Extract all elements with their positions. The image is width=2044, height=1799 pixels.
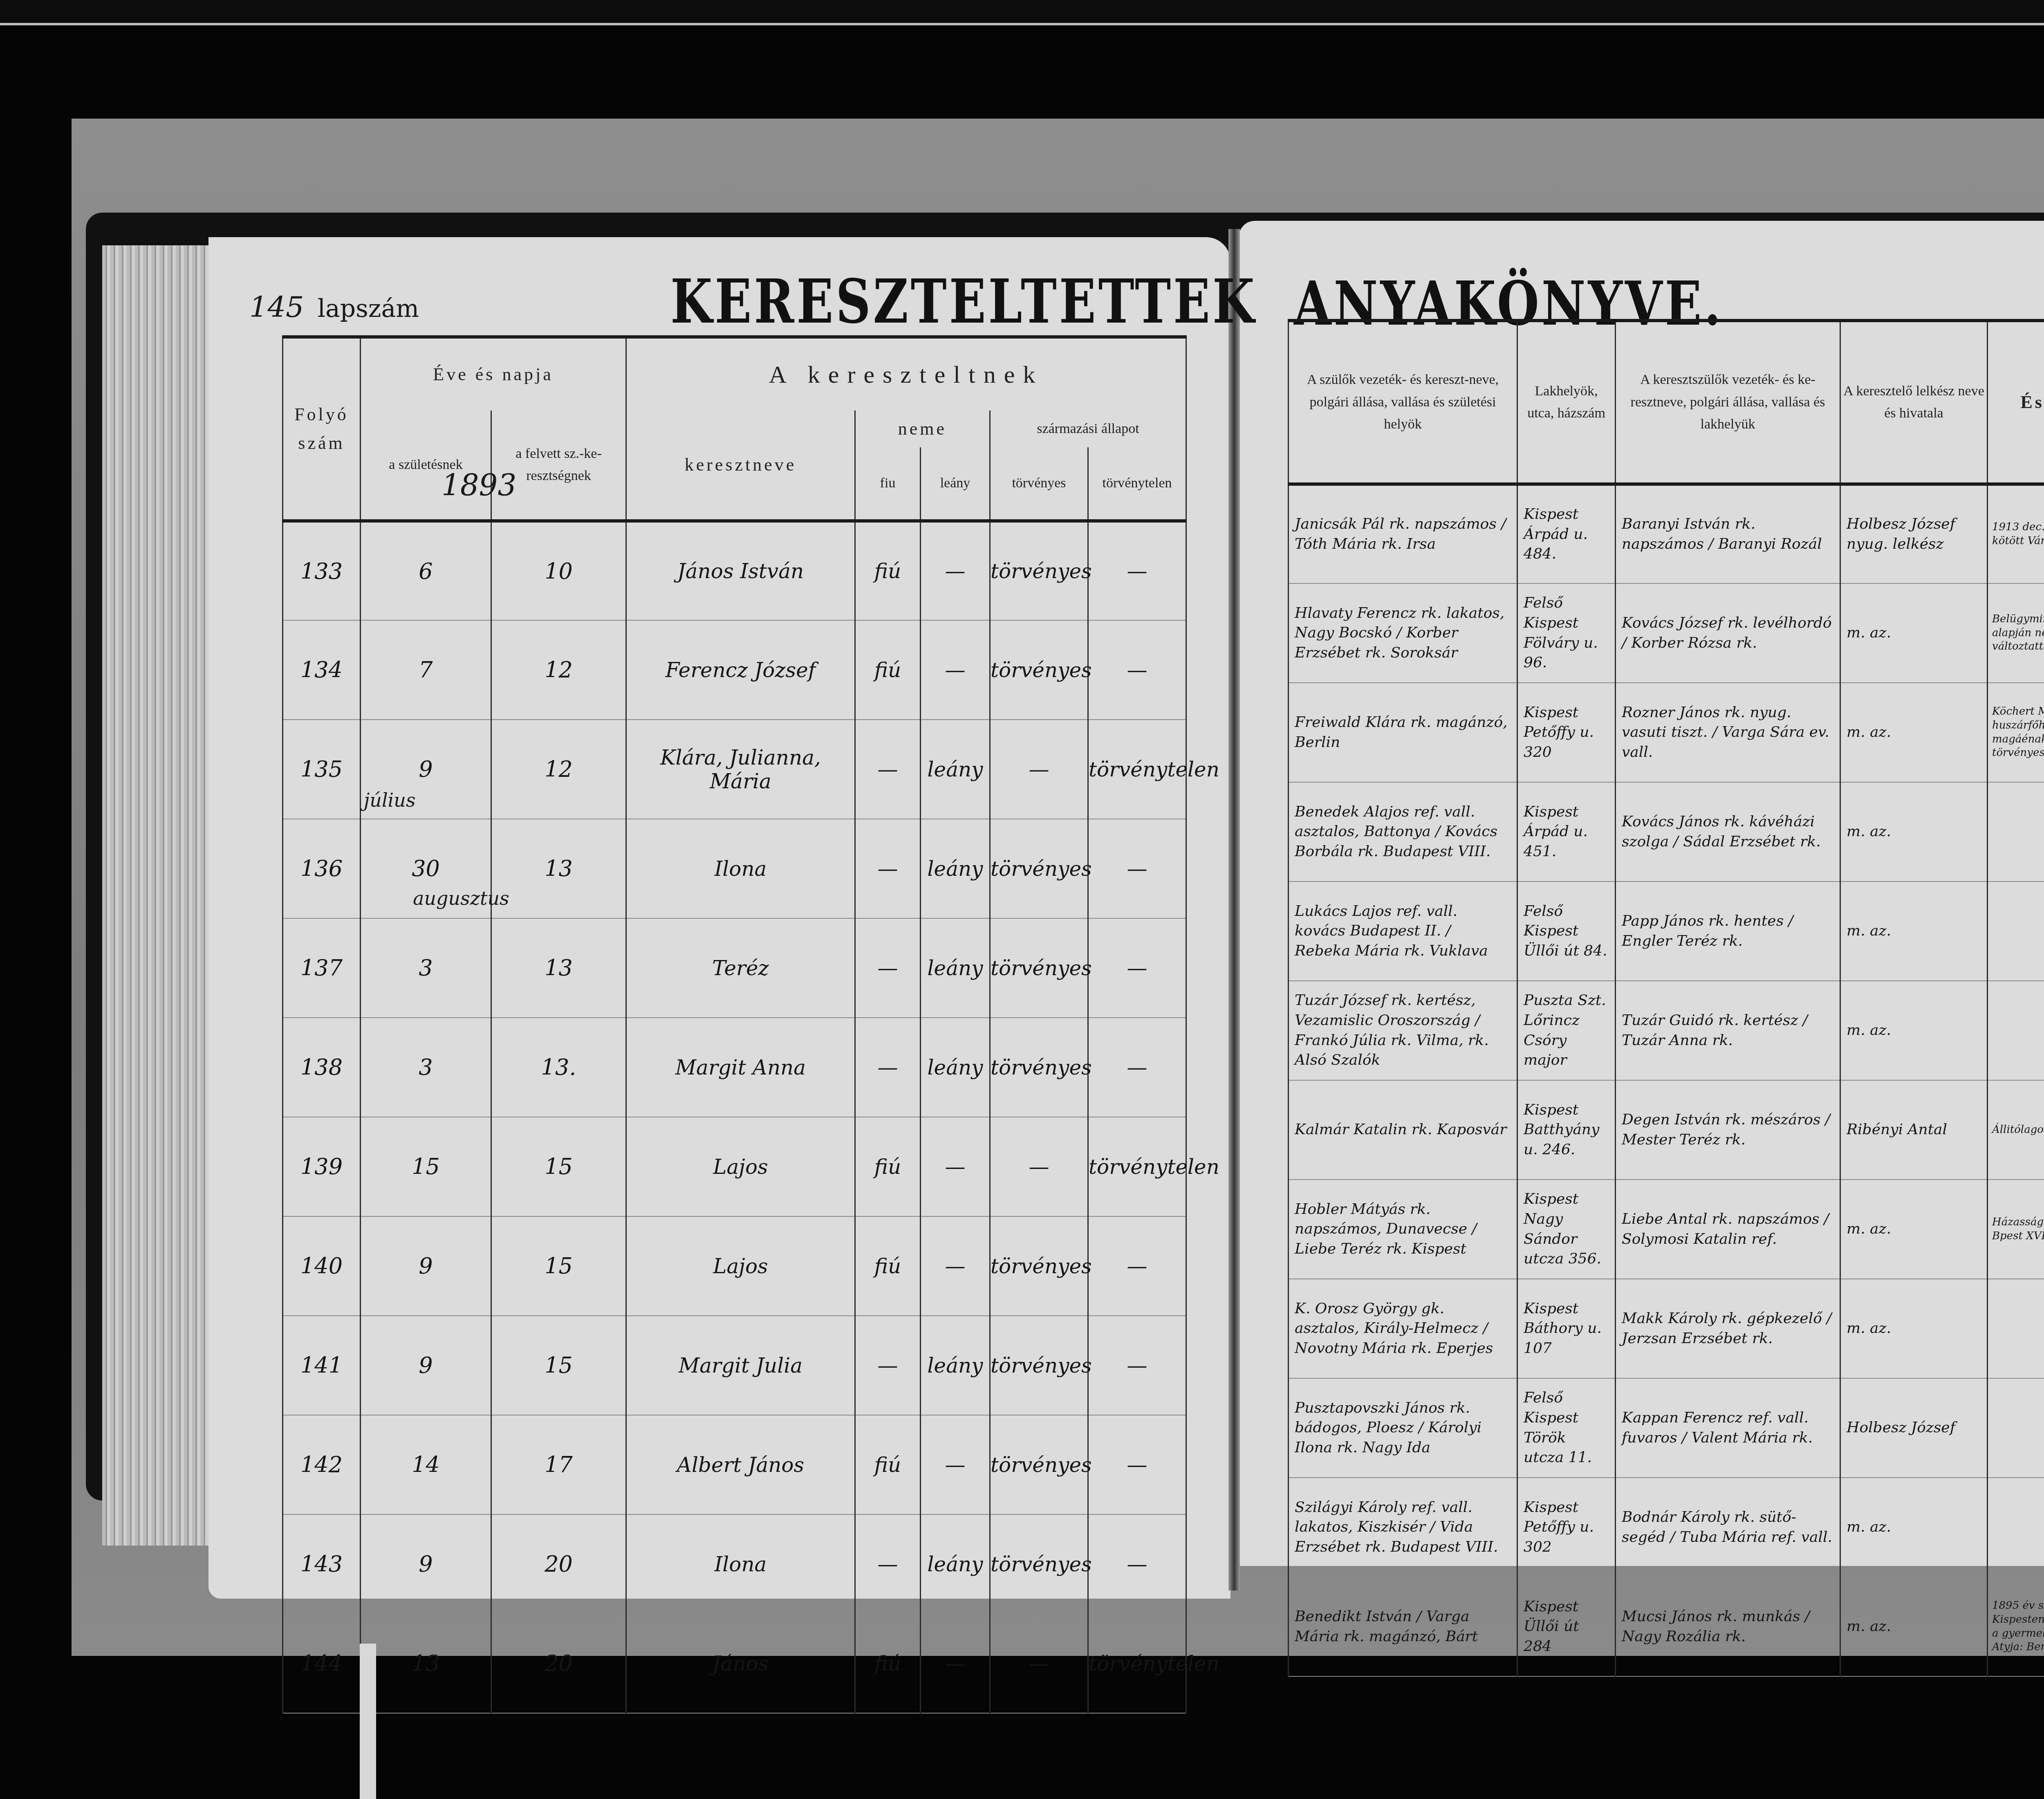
legitimate: törvényes <box>990 1018 1088 1117</box>
sex-girl: — <box>921 1415 990 1514</box>
priest: m. az. <box>1840 583 1988 683</box>
given-name: Margit Julia <box>626 1316 855 1415</box>
book-gutter <box>1228 229 1240 1590</box>
birth-day: 9 <box>361 1514 491 1614</box>
legitimate: — <box>990 1117 1088 1216</box>
baptism-day: 12 <box>491 720 626 819</box>
godparents: Baranyi István rk. napszámos / Baranyi R… <box>1616 484 1840 583</box>
birth-day: 14 <box>361 1415 491 1514</box>
given-name: Lajos <box>626 1216 855 1316</box>
scan-top-strip <box>0 0 2044 25</box>
parents: Pusztapovszki János rk. bádogos, Ploesz … <box>1289 1378 1517 1478</box>
entry-number: 139 <box>283 1117 361 1216</box>
birth-day: 7 <box>361 620 491 720</box>
month-annotation-augusztus: augusztus <box>413 887 509 909</box>
register-row: 137313Teréz—leánytörvényes— <box>283 918 1186 1018</box>
priest: m. az. <box>1840 683 1988 782</box>
baptism-register-right-table: A szülők vezeték- és kereszt-neve, polgá… <box>1288 319 2044 1677</box>
entry-number: 141 <box>283 1316 361 1415</box>
sex-boy: fiú <box>855 620 921 720</box>
legitimate: törvényes <box>990 819 1088 918</box>
illegitimate: — <box>1088 819 1186 918</box>
priest: Holbesz József nyug. lelkész <box>1840 484 1988 583</box>
priest: m. az. <box>1840 782 1988 882</box>
baptism-day: 20 <box>491 1614 626 1713</box>
header-szulok: A szülők vezeték- és kereszt-neve, polgá… <box>1289 321 1517 484</box>
legitimate: — <box>990 720 1088 819</box>
sex-boy: fiú <box>855 1216 921 1316</box>
residence: Kispest Petőffy u. 302 <box>1517 1478 1616 1577</box>
register-row: K. Orosz György gk. asztalos, Király-Hel… <box>1289 1279 2044 1378</box>
entry-number: 138 <box>283 1018 361 1117</box>
remarks <box>1988 882 2044 981</box>
entry-number: 142 <box>283 1415 361 1514</box>
priest: Holbesz József <box>1840 1378 1988 1478</box>
birth-day: 3 <box>361 918 491 1018</box>
residence: Kispest Nagy Sándor utcza 356. <box>1517 1180 1616 1279</box>
remarks: Állitólagos atyja Koszta Adorján <box>1988 1080 2044 1180</box>
priest: m. az. <box>1840 1180 1988 1279</box>
header-torvenytelen: törvénytelen <box>1088 447 1186 521</box>
register-row: 143920Ilona—leánytörvényes— <box>283 1514 1186 1614</box>
parents: Janicsák Pál rk. napszámos / Tóth Mária … <box>1289 484 1517 583</box>
register-row: Janicsák Pál rk. napszámos / Tóth Mária … <box>1289 484 2044 583</box>
register-row: Szilágyi Károly ref. vall. lakatos, Kisz… <box>1289 1478 2044 1577</box>
baptism-day: 13 <box>491 819 626 918</box>
godparents: Mucsi János rk. munkás / Nagy Rozália rk… <box>1616 1577 1840 1676</box>
sex-girl: — <box>921 521 990 620</box>
legitimate: törvényes <box>990 521 1088 620</box>
illegitimate: — <box>1088 620 1186 720</box>
baptism-day: 17 <box>491 1415 626 1514</box>
register-row: Hobler Mátyás rk. napszámos, Dunavecse /… <box>1289 1180 2044 1279</box>
header-eszrevetelek: Észrevételek <box>1988 321 2044 484</box>
residence: Kispest Batthyány u. 246. <box>1517 1080 1616 1180</box>
entry-number: 134 <box>283 620 361 720</box>
residence: Felső Kispest Üllői út 84. <box>1517 882 1616 981</box>
godparents: Tuzár Guidó rk. kertész / Tuzár Anna rk. <box>1616 981 1840 1080</box>
sex-boy: fiú <box>855 1614 921 1713</box>
header-torvenyes: törvényes <box>990 447 1088 521</box>
header-kereszteló-lelkesz: A keresztelő lelkész neve és hivatala <box>1840 321 1988 484</box>
godparents: Makk Károly rk. gépkezelő / Jerzsan Erzs… <box>1616 1279 1840 1378</box>
baptism-day: 20 <box>491 1514 626 1614</box>
remarks <box>1988 782 2044 882</box>
given-name: Ilona <box>626 1514 855 1614</box>
residence: Kispest Petőffy u. 320 <box>1517 683 1616 782</box>
illegitimate: — <box>1088 1216 1186 1316</box>
remarks: Belügyminiszter engedélye alapján nevét … <box>1988 583 2044 683</box>
register-row: Hlavaty Ferencz rk. lakatos, Nagy Bocskó… <box>1289 583 2044 683</box>
entry-number: 140 <box>283 1216 361 1316</box>
residence: Kispest Üllői út 284 <box>1517 1577 1616 1676</box>
baptism-day: 15 <box>491 1216 626 1316</box>
paper-slip <box>360 1644 376 1799</box>
sex-girl: leány <box>921 819 990 918</box>
illegitimate: — <box>1088 1018 1186 1117</box>
header-neme: neme <box>855 410 990 447</box>
legitimate: törvényes <box>990 918 1088 1018</box>
remarks <box>1988 1279 2044 1378</box>
entry-number: 135 <box>283 720 361 819</box>
register-row: 1391515Lajosfiú——törvénytelen <box>283 1117 1186 1216</box>
register-row: Benedikt István / Varga Mária rk. magánz… <box>1289 1577 2044 1676</box>
residence: Puszta Szt. Lőrincz Csóry major <box>1517 981 1616 1080</box>
header-keresztszulok: A keresztszülők vezeték- és ke-resztneve… <box>1616 321 1840 484</box>
priest: m. az. <box>1840 1577 1988 1676</box>
birth-day: 6 <box>361 521 491 620</box>
illegitimate: törvénytelen <box>1088 1117 1186 1216</box>
legitimate: törvényes <box>990 1415 1088 1514</box>
birth-day: 9 <box>361 1216 491 1316</box>
remarks: 1895 év szeptember hó 29-én Kispesten kö… <box>1988 1577 2044 1676</box>
parents: Szilágyi Károly ref. vall. lakatos, Kisz… <box>1289 1478 1517 1577</box>
godparents: Bodnár Károly rk. sütő-segéd / Tuba Mári… <box>1616 1478 1840 1577</box>
header-eve-es-napja: Éve és napja <box>361 337 626 410</box>
given-name: János István <box>626 521 855 620</box>
parents: Hobler Mátyás rk. napszámos, Dunavecse /… <box>1289 1180 1517 1279</box>
sex-girl: — <box>921 1216 990 1316</box>
parents: Benedek Alajos ref. vall. asztalos, Batt… <box>1289 782 1517 882</box>
priest: Ribényi Antal <box>1840 1080 1988 1180</box>
parents: Lukács Lajos ref. vall. kovács Budapest … <box>1289 882 1517 981</box>
baptism-day: 10 <box>491 521 626 620</box>
page-edges-left <box>102 245 208 1546</box>
header-lakhelyok: Lakhelyök, utca, házszám <box>1517 321 1616 484</box>
residence: Felső Kispest Török utcza 11. <box>1517 1378 1616 1478</box>
remarks <box>1988 1378 2044 1478</box>
priest: m. az. <box>1840 981 1988 1080</box>
sex-girl: — <box>921 1117 990 1216</box>
register-row: Kalmár Katalin rk. KaposvárKispest Batth… <box>1289 1080 2044 1180</box>
register-row: 135912Klára, Julianna, Mária—leány—törvé… <box>283 720 1186 819</box>
birth-day: 3 <box>361 1018 491 1117</box>
godparents: Liebe Antal rk. napszámos / Solymosi Kat… <box>1616 1180 1840 1279</box>
given-name: Lajos <box>626 1117 855 1216</box>
residence: Kispest Báthory u. 107 <box>1517 1279 1616 1378</box>
priest: m. az. <box>1840 882 1988 981</box>
priest: m. az. <box>1840 1279 1988 1378</box>
residence: Kispest Árpád u. 451. <box>1517 782 1616 882</box>
sex-boy: — <box>855 1514 921 1614</box>
entry-number: 143 <box>283 1514 361 1614</box>
parents: Freiwald Klára rk. magánzó, Berlin <box>1289 683 1517 782</box>
residence: Kispest Árpád u. 484. <box>1517 484 1616 583</box>
godparents: Papp János rk. hentes / Engler Teréz rk. <box>1616 882 1840 981</box>
parents: Tuzár József rk. kertész, Vezamislic Oro… <box>1289 981 1517 1080</box>
sex-girl: leány <box>921 918 990 1018</box>
given-name: Ilona <box>626 819 855 918</box>
remarks: Házasságot kötött 1960. dec. 8. Bpest XV… <box>1988 1180 2044 1279</box>
baptism-day: 13. <box>491 1018 626 1117</box>
illegitimate: — <box>1088 1415 1186 1514</box>
baptism-day: 15 <box>491 1117 626 1216</box>
header-szarmazasi-allapot: származási állapot <box>990 410 1186 447</box>
priest: m. az. <box>1840 1478 1988 1577</box>
baptism-day: 13 <box>491 918 626 1018</box>
year-annotation: 1893 <box>442 468 516 502</box>
sex-boy: fiú <box>855 1117 921 1216</box>
sex-boy: — <box>855 1018 921 1117</box>
godparents: Rozner János rk. nyug. vasuti tiszt. / V… <box>1616 683 1840 782</box>
header-a-felvett-szentsegnek: a felvett sz.-ke-resztségnek <box>491 410 626 521</box>
register-row: Lukács Lajos ref. vall. kovács Budapest … <box>1289 882 2044 981</box>
sex-boy: — <box>855 918 921 1018</box>
entry-number: 136 <box>283 819 361 918</box>
sex-boy: fiú <box>855 521 921 620</box>
register-row: Pusztapovszki János rk. bádogos, Ploesz … <box>1289 1378 2044 1478</box>
header-fiu: fiu <box>855 447 921 521</box>
remarks: Köchert Miksa rk. huszárfőhadnagy a gyer… <box>1988 683 2044 782</box>
sex-girl: — <box>921 620 990 720</box>
illegitimate: — <box>1088 521 1186 620</box>
remarks <box>1988 1478 2044 1577</box>
parents: Kalmár Katalin rk. Kaposvár <box>1289 1080 1517 1180</box>
entry-number: 137 <box>283 918 361 1018</box>
birth-day: 13 <box>361 1614 491 1713</box>
baptism-day: 15 <box>491 1316 626 1415</box>
given-name: János <box>626 1614 855 1713</box>
remarks <box>1988 981 2044 1080</box>
illegitimate: törvénytelen <box>1088 1614 1186 1713</box>
baptism-day: 12 <box>491 620 626 720</box>
header-a-szuletesnek: a születésnek <box>361 410 491 521</box>
sex-boy: — <box>855 1316 921 1415</box>
illegitimate: — <box>1088 1514 1186 1614</box>
register-row: 140915Lajosfiú—törvényes— <box>283 1216 1186 1316</box>
sex-boy: — <box>855 819 921 918</box>
register-row: Benedek Alajos ref. vall. asztalos, Batt… <box>1289 782 2044 882</box>
legitimate: — <box>990 1614 1088 1713</box>
legitimate: törvényes <box>990 1316 1088 1415</box>
sex-girl: leány <box>921 1018 990 1117</box>
header-leany: leány <box>921 447 990 521</box>
register-row: Freiwald Klára rk. magánzó, BerlinKispes… <box>1289 683 2044 782</box>
register-row: Tuzár József rk. kertész, Vezamislic Oro… <box>1289 981 2044 1080</box>
sex-boy: fiú <box>855 1415 921 1514</box>
entry-number: 133 <box>283 521 361 620</box>
entry-number: 144 <box>283 1614 361 1713</box>
legitimate: törvényes <box>990 1514 1088 1614</box>
birth-day: 9 <box>361 1316 491 1415</box>
given-name: Ferencz József <box>626 620 855 720</box>
godparents: Degen István rk. mészáros / Mester Teréz… <box>1616 1080 1840 1180</box>
given-name: Teréz <box>626 918 855 1018</box>
given-name: Albert János <box>626 1415 855 1514</box>
sex-girl: — <box>921 1614 990 1713</box>
sex-boy: — <box>855 720 921 819</box>
register-row: 1441320Jánosfiú——törvénytelen <box>283 1614 1186 1713</box>
sex-girl: leány <box>921 1514 990 1614</box>
remarks: 1913 dec. 24-én házasságot kötött Váradi… <box>1988 484 2044 583</box>
register-row: 134712Ferencz Józseffiú—törvényes— <box>283 620 1186 720</box>
illegitimate: törvénytelen <box>1088 720 1186 819</box>
header-keresztneve: keresztneve <box>626 410 855 521</box>
register-row: 138313.Margit Anna—leánytörvényes— <box>283 1018 1186 1117</box>
month-annotation-julius: július <box>364 789 416 811</box>
legitimate: törvényes <box>990 1216 1088 1316</box>
residence: Felső Kispest Fölváry u. 96. <box>1517 583 1616 683</box>
header-folyo-szam: Folyó szám <box>283 337 361 521</box>
given-name: Margit Anna <box>626 1018 855 1117</box>
register-row: 141915Margit Julia—leánytörvényes— <box>283 1316 1186 1415</box>
sex-girl: leány <box>921 1316 990 1415</box>
baptism-register-left-table: Folyó szám Éve és napja A kereszteltnek … <box>282 335 1187 1714</box>
parents: K. Orosz György gk. asztalos, Király-Hel… <box>1289 1279 1517 1378</box>
register-row: 133610János Istvánfiú—törvényes— <box>283 521 1186 620</box>
legitimate: törvényes <box>990 620 1088 720</box>
birth-day: 15 <box>361 1117 491 1216</box>
register-row: 1421417Albert Jánosfiú—törvényes— <box>283 1415 1186 1514</box>
illegitimate: — <box>1088 1316 1186 1415</box>
register-title-left: KERESZTELTETTEK <box>670 266 1257 337</box>
godparents: Kappan Ferencz ref. vall. fuvaros / Vale… <box>1616 1378 1840 1478</box>
page-number-label: 145 lapszám <box>249 290 419 324</box>
page-number: 145 <box>249 290 304 324</box>
godparents: Kovács József rk. levélhordó / Korber Ró… <box>1616 583 1840 683</box>
given-name: Klára, Julianna, Mária <box>626 720 855 819</box>
illegitimate: — <box>1088 918 1186 1018</box>
header-a-kereszteltnek: A kereszteltnek <box>626 337 1186 410</box>
parents: Benedikt István / Varga Mária rk. magánz… <box>1289 1577 1517 1676</box>
godparents: Kovács János rk. kávéházi szolga / Sádal… <box>1616 782 1840 882</box>
sex-girl: leány <box>921 720 990 819</box>
parents: Hlavaty Ferencz rk. lakatos, Nagy Bocskó… <box>1289 583 1517 683</box>
page-number-caption: lapszám <box>318 294 419 323</box>
